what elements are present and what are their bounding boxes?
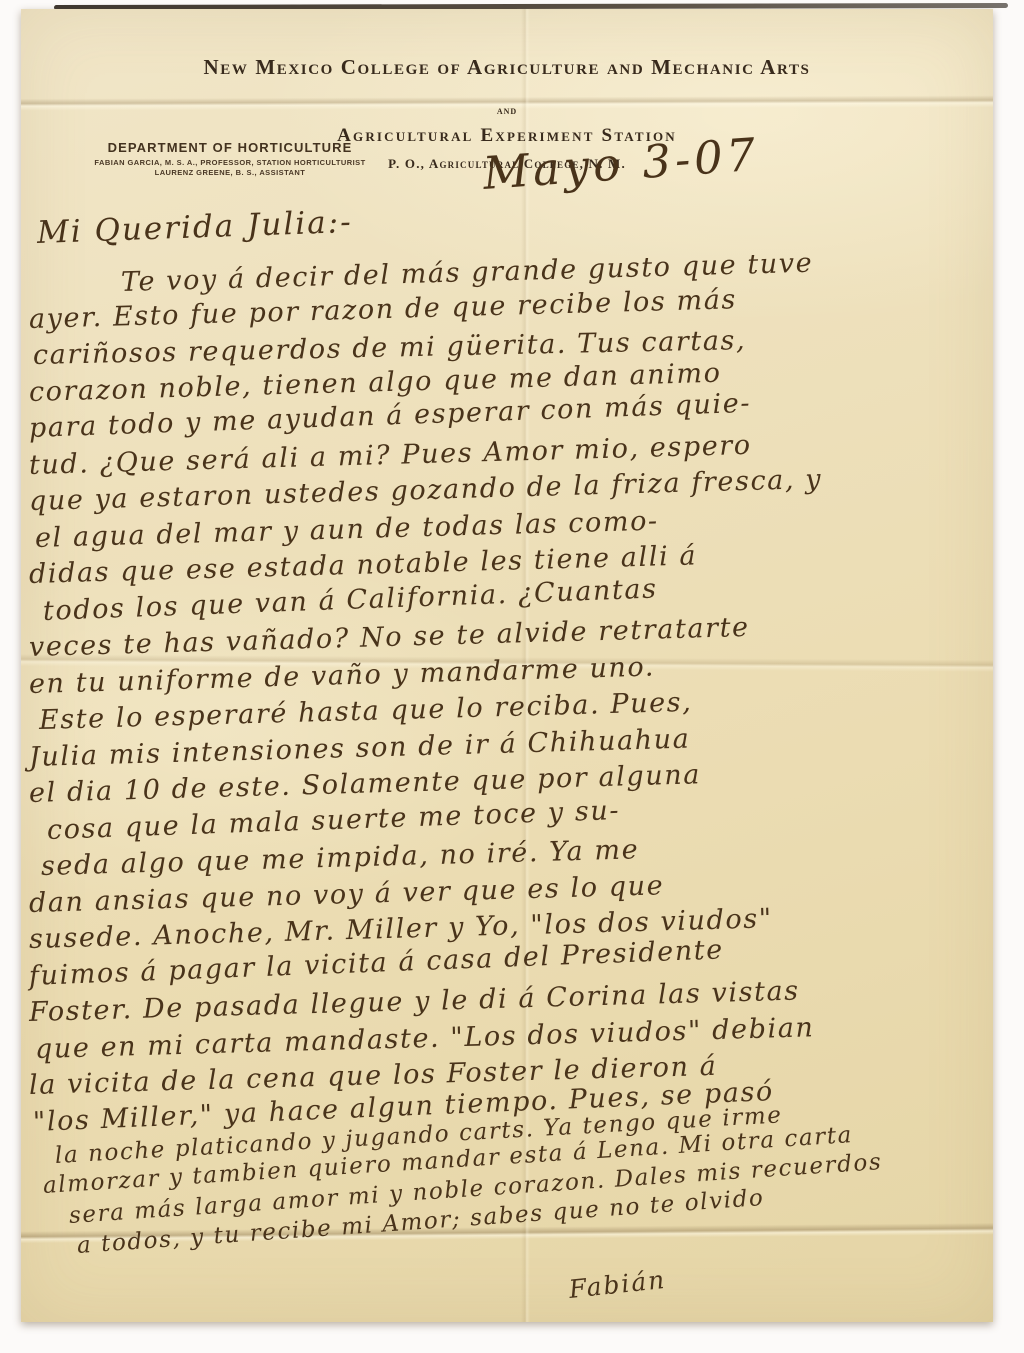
letter-signature: Fabián <box>567 1265 667 1304</box>
letter-paper: New Mexico College of Agriculture and Me… <box>21 9 993 1322</box>
letter-salutation: Mi Querida Julia:- <box>36 204 353 251</box>
staff-member-line: LAURENZ GREENE, B. S., ASSISTANT <box>87 168 373 178</box>
letter-body: Te voy á decir del más grande gusto que … <box>29 265 987 1261</box>
department-title: DEPARTMENT OF HORTICULTURE <box>87 140 373 155</box>
staff-member-line: FABIAN GARCIA, M. S. A., PROFESSOR, STAT… <box>87 158 373 168</box>
letterhead-college-name: New Mexico College of Agriculture and Me… <box>21 55 993 80</box>
letterhead-department-block: DEPARTMENT OF HORTICULTURE FABIAN GARCIA… <box>87 140 373 178</box>
letterhead-conjunction: and <box>21 103 993 118</box>
department-staff-list: FABIAN GARCIA, M. S. A., PROFESSOR, STAT… <box>87 158 373 178</box>
